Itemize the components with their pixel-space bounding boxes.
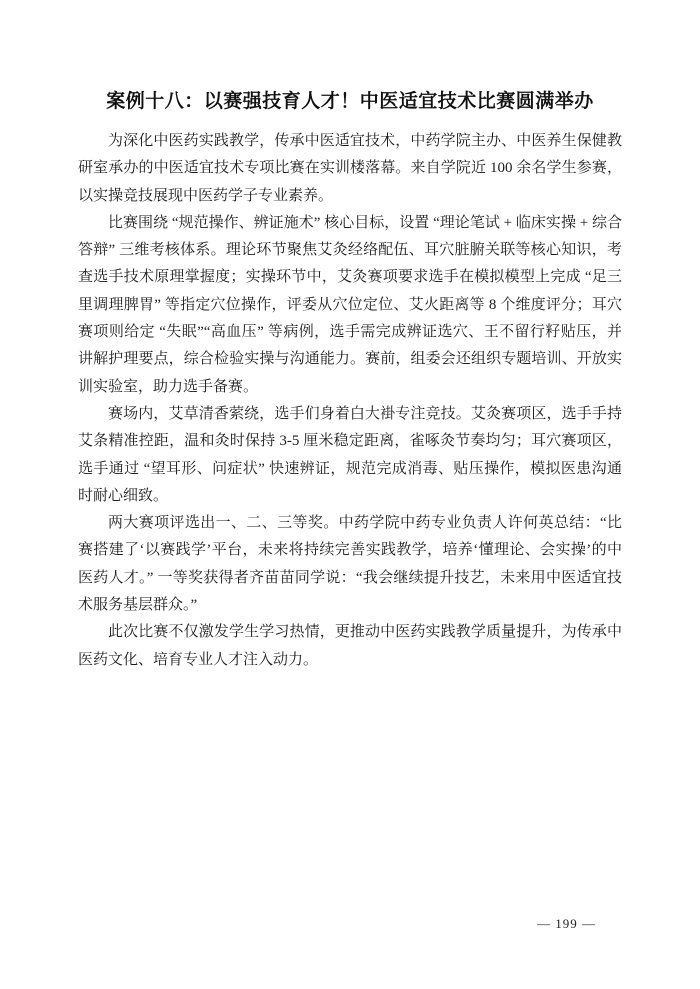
- document-title: 案例十八：以赛强技育人才！中医适宜技术比赛圆满举办: [78, 88, 622, 116]
- paragraph-intro: 为深化中医药实践教学，传承中医适宜技术，中药学院主办、中医养生保健教研室承办的中…: [78, 128, 622, 210]
- paragraph-awards-quotes: 两大赛项评选出一、二、三等奖。中药学院中药专业负责人许何英总结：“比赛搭建了‘以…: [78, 510, 622, 619]
- document-page: 案例十八：以赛强技育人才！中医适宜技术比赛圆满举办 为深化中医药实践教学，传承中…: [0, 0, 700, 989]
- page-number: — 199 —: [537, 916, 596, 932]
- paragraph-venue-scene: 赛场内，艾草清香萦绕，选手们身着白大褂专注竞技。艾灸赛项区，选手手持艾条精准控距…: [78, 401, 622, 510]
- paragraph-competition-format: 比赛围绕 “规范操作、辨证施术” 核心目标，设置 “理论笔试 + 临床实操 + …: [78, 210, 622, 401]
- document-body: 为深化中医药实践教学，传承中医适宜技术，中药学院主办、中医养生保健教研室承办的中…: [78, 128, 622, 674]
- paragraph-conclusion: 此次比赛不仅激发学生学习热情，更推动中医药实践教学质量提升，为传承中医药文化、培…: [78, 619, 622, 674]
